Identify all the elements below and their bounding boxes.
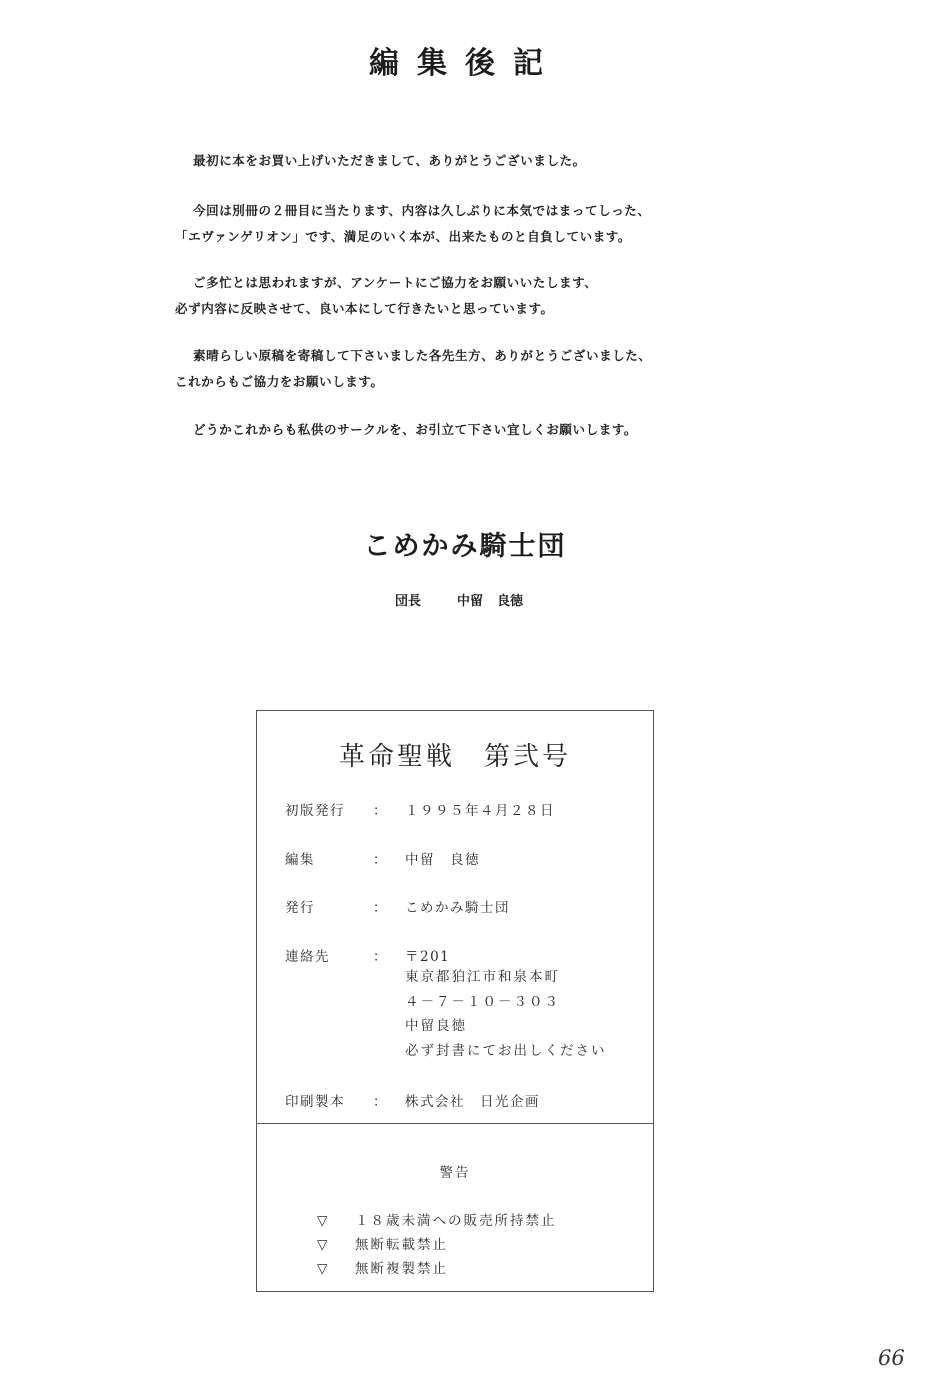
row-label: 編集 [285, 848, 373, 868]
circle-leader: 団長中留良徳 [395, 590, 523, 609]
warning-text: 無断複製禁止 [355, 1261, 448, 1277]
row-colon: ： [373, 945, 405, 965]
row-colon: ： [373, 896, 405, 916]
colophon-row-editor: 編集：中留 良徳 [285, 848, 480, 868]
address-line: 必ず封書にてお出しください [405, 1039, 607, 1064]
paragraph-line: どうかこれからも私供のサークルを、お引立て下さい宜しくお願いします。 [175, 417, 637, 443]
paragraph-line: 素晴らしい原稿を寄稿して下さいました各先生方、ありがとうございました、 [175, 343, 652, 369]
row-colon: ： [373, 848, 405, 868]
paragraph-line: 「エヴァンゲリオン」です、満足のいく本が、出来たものと自負しています。 [175, 224, 651, 250]
contact-address: 東京都狛江市和泉本町 ４－７－１０－３０３ 中留良徳 必ず封書にてお出しください [405, 965, 607, 1063]
warning-item: ▽無断転載禁止 [317, 1233, 557, 1257]
colophon-row-printing: 印刷製本：株式会社 日光企画 [285, 1090, 540, 1110]
afterword-paragraph-4: 素晴らしい原稿を寄稿して下さいました各先生方、ありがとうございました、 これから… [175, 343, 652, 395]
warning-item: ▽１８歳未満への販売所持禁止 [317, 1209, 557, 1233]
leader-surname: 中留 [457, 594, 483, 609]
warning-title: 警告 [257, 1161, 653, 1181]
row-label: 連絡先 [285, 945, 373, 965]
afterword-title: 編集後記 [0, 38, 930, 82]
triangle-down-icon: ▽ [317, 1209, 355, 1233]
row-value: こめかみ騎士団 [405, 896, 510, 916]
afterword-paragraph-1: 最初に本をお買い上げいただきまして、ありがとうございました。 [175, 148, 586, 174]
paragraph-line: ご多忙とは思われますが、アンケートにご協力をお願いいたします、 [175, 270, 597, 296]
triangle-down-icon: ▽ [317, 1233, 355, 1257]
warning-list: ▽１８歳未満への販売所持禁止 ▽無断転載禁止 ▽無断複製禁止 [317, 1209, 557, 1281]
paragraph-line: 最初に本をお買い上げいただきまして、ありがとうございました。 [175, 148, 586, 174]
address-line: ４－７－１０－３０３ [405, 990, 607, 1015]
row-colon: ： [373, 1090, 405, 1110]
paragraph-line: 今回は別冊の２冊目に当たります、内容は久しぶりに本気ではまってしった、 [175, 198, 651, 224]
row-label: 印刷製本 [285, 1090, 373, 1110]
row-value: 株式会社 日光企画 [405, 1090, 540, 1110]
address-line: 東京都狛江市和泉本町 [405, 965, 607, 990]
row-value: 中留 良徳 [405, 848, 480, 868]
afterword-paragraph-2: 今回は別冊の２冊目に当たります、内容は久しぶりに本気ではまってしった、 「エヴァ… [175, 198, 651, 250]
warning-item: ▽無断複製禁止 [317, 1257, 557, 1281]
warning-text: 無断転載禁止 [355, 1237, 448, 1253]
row-label: 発行 [285, 896, 373, 916]
row-label: 初版発行 [285, 799, 373, 819]
paragraph-line: これからもご協力をお願いします。 [175, 369, 652, 395]
row-value: １９９５年４月２８日 [405, 799, 555, 819]
circle-name: こめかみ騎士団 [0, 524, 930, 563]
colophon-divider [257, 1123, 653, 1124]
row-value: 〒201 [405, 945, 450, 965]
afterword-paragraph-5: どうかこれからも私供のサークルを、お引立て下さい宜しくお願いします。 [175, 417, 637, 443]
book-title: 革命聖戦 第弐号 [257, 736, 653, 773]
colophon-row-contact: 連絡先：〒201 [285, 945, 450, 965]
leader-given-name: 良徳 [497, 594, 523, 609]
page-number: 66 [878, 1346, 905, 1370]
paragraph-line: 必ず内容に反映させて、良い本にして行きたいと思っています。 [175, 296, 597, 322]
triangle-down-icon: ▽ [317, 1257, 355, 1281]
afterword-paragraph-3: ご多忙とは思われますが、アンケートにご協力をお願いいたします、 必ず内容に反映さ… [175, 270, 597, 322]
row-colon: ： [373, 799, 405, 819]
warning-text: １８歳未満への販売所持禁止 [355, 1213, 557, 1229]
colophon-row-publisher: 発行：こめかみ騎士団 [285, 896, 510, 916]
leader-role: 団長 [395, 590, 457, 609]
address-line: 中留良徳 [405, 1014, 607, 1039]
colophon-row-first-edition: 初版発行：１９９５年４月２８日 [285, 799, 555, 819]
colophon-box: 革命聖戦 第弐号 初版発行：１９９５年４月２８日 編集：中留 良徳 発行：こめか… [256, 710, 654, 1292]
